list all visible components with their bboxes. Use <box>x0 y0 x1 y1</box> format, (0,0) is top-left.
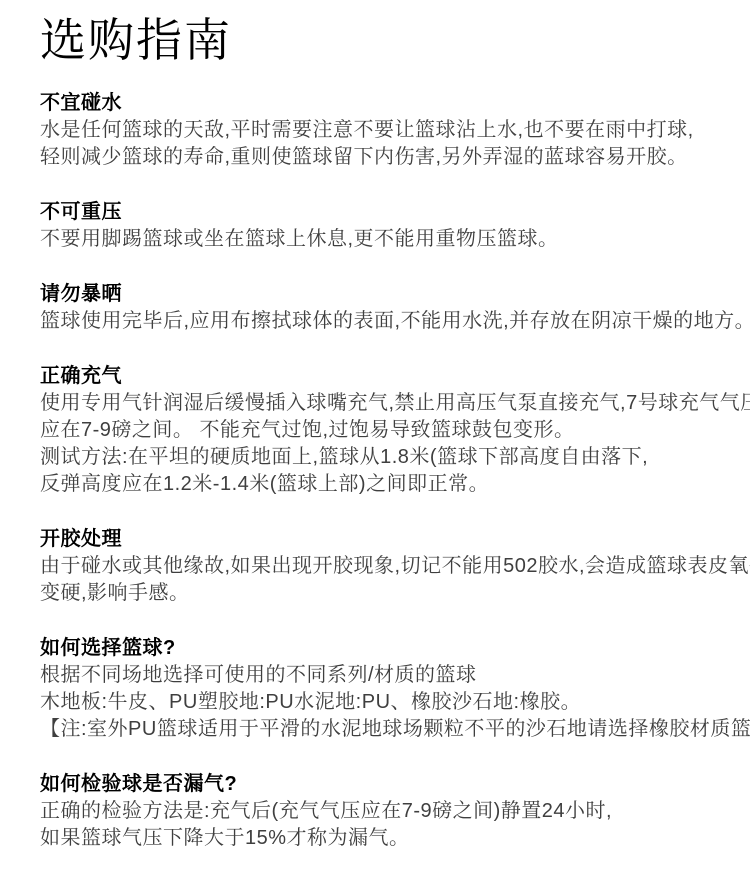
section-paragraph: 使用专用气针润湿后缓慢插入球嘴充气,禁止用高压气泵直接充气,7号球充气气压应在7… <box>40 390 712 498</box>
section-paragraph: 水是任何篮球的天敌,平时需要注意不要让篮球沾上水,也不要在雨中打球,轻则减少篮球… <box>40 117 712 171</box>
section-leak-test: 如何检验球是否漏气? 正确的检验方法是:充气后(充气气压应在7-9磅之间)静置2… <box>40 771 712 852</box>
paragraph-line: 不要用脚踢篮球或坐在篮球上休息,更不能用重物压篮球。 <box>40 226 712 253</box>
section-heading: 不可重压 <box>40 199 712 226</box>
paragraph-line: 篮球使用完毕后,应用布擦拭球体的表面,不能用水洗,并存放在阴凉干燥的地方。 <box>40 308 712 335</box>
section-correct-inflation: 正确充气 使用专用气针润湿后缓慢插入球嘴充气,禁止用高压气泵直接充气,7号球充气… <box>40 363 712 498</box>
section-heading: 不宜碰水 <box>40 90 712 117</box>
section-heading: 正确充气 <box>40 363 712 390</box>
section-heading: 开胶处理 <box>40 526 712 553</box>
section-glue-repair: 开胶处理 由于碰水或其他缘故,如果出现开胶现象,切记不能用502胶水,会造成篮球… <box>40 526 712 607</box>
buying-guide-document: 选购指南 不宜碰水 水是任何篮球的天敌,平时需要注意不要让篮球沾上水,也不要在雨… <box>0 0 750 884</box>
paragraph-line: 轻则减少篮球的寿命,重则使篮球留下内伤害,另外弄湿的蓝球容易开胶。 <box>40 144 712 171</box>
section-no-heavy-pressure: 不可重压 不要用脚踢篮球或坐在篮球上休息,更不能用重物压篮球。 <box>40 199 712 253</box>
paragraph-line: 如果篮球气压下降大于15%才称为漏气。 <box>40 825 712 852</box>
paragraph-line: 【注:室外PU篮球适用于平滑的水泥地球场颗粒不平的沙石地请选择橡胶材质篮球】 <box>40 716 712 743</box>
section-heading: 请勿暴晒 <box>40 281 712 308</box>
paragraph-line: 根据不同场地选择可使用的不同系列/材质的篮球 <box>40 662 712 689</box>
paragraph-line: 水是任何篮球的天敌,平时需要注意不要让篮球沾上水,也不要在雨中打球, <box>40 117 712 144</box>
page-title: 选购指南 <box>40 12 712 68</box>
paragraph-line: 由于碰水或其他缘故,如果出现开胶现象,切记不能用502胶水,会造成篮球表皮氧化, <box>40 553 712 580</box>
section-paragraph: 根据不同场地选择可使用的不同系列/材质的篮球木地板:牛皮、PU塑胶地:PU水泥地… <box>40 662 712 743</box>
section-no-sun-exposure: 请勿暴晒 篮球使用完毕后,应用布擦拭球体的表面,不能用水洗,并存放在阴凉干燥的地… <box>40 281 712 335</box>
section-paragraph: 篮球使用完毕后,应用布擦拭球体的表面,不能用水洗,并存放在阴凉干燥的地方。 <box>40 308 712 335</box>
section-paragraph: 不要用脚踢篮球或坐在篮球上休息,更不能用重物压篮球。 <box>40 226 712 253</box>
paragraph-line: 正确的检验方法是:充气后(充气气压应在7-9磅之间)静置24小时, <box>40 798 712 825</box>
section-how-to-choose: 如何选择篮球? 根据不同场地选择可使用的不同系列/材质的篮球木地板:牛皮、PU塑… <box>40 635 712 743</box>
paragraph-line: 测试方法:在平坦的硬质地面上,篮球从1.8米(篮球下部高度自由落下, <box>40 444 712 471</box>
paragraph-line: 变硬,影响手感。 <box>40 580 712 607</box>
paragraph-line: 反弹高度应在1.2米-1.4米(篮球上部)之间即正常。 <box>40 471 712 498</box>
paragraph-line: 使用专用气针润湿后缓慢插入球嘴充气,禁止用高压气泵直接充气,7号球充气气压 <box>40 390 712 417</box>
section-no-water: 不宜碰水 水是任何篮球的天敌,平时需要注意不要让篮球沾上水,也不要在雨中打球,轻… <box>40 90 712 171</box>
section-heading: 如何检验球是否漏气? <box>40 771 712 798</box>
section-heading: 如何选择篮球? <box>40 635 712 662</box>
paragraph-line: 应在7-9磅之间。 不能充气过饱,过饱易导致篮球鼓包变形。 <box>40 417 712 444</box>
section-paragraph: 由于碰水或其他缘故,如果出现开胶现象,切记不能用502胶水,会造成篮球表皮氧化,… <box>40 553 712 607</box>
section-paragraph: 正确的检验方法是:充气后(充气气压应在7-9磅之间)静置24小时,如果篮球气压下… <box>40 798 712 852</box>
paragraph-line: 木地板:牛皮、PU塑胶地:PU水泥地:PU、橡胶沙石地:橡胶。 <box>40 689 712 716</box>
